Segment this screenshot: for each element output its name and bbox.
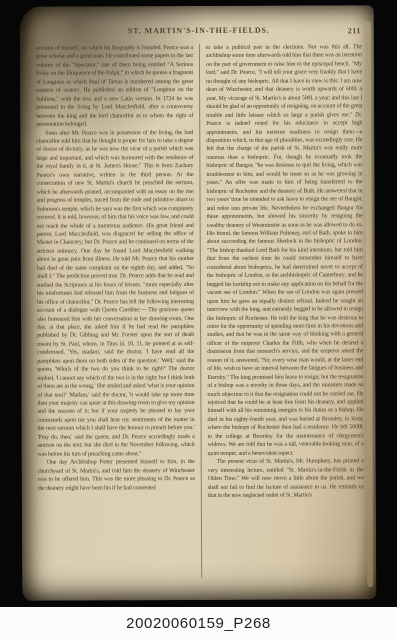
page-content: ST. MARTIN'S-IN-THE-FIELDS. 211 account … <box>36 21 364 574</box>
scan-label: 20020060159_P268 <box>126 615 271 632</box>
running-title: ST. MARTIN'S-IN-THE-FIELDS. <box>128 26 270 36</box>
running-head: ST. MARTIN'S-IN-THE-FIELDS. 211 <box>36 25 362 39</box>
paragraph: One day Archbishop Potter presented hims… <box>38 458 195 492</box>
book-page: ST. MARTIN'S-IN-THE-FIELDS. 211 account … <box>20 5 377 601</box>
text-columns: account of himself, on which his biograp… <box>36 43 364 578</box>
paragraph: account of himself, on which his biograp… <box>36 44 193 129</box>
paragraph: The present vicar of St. Martin's, Mr. H… <box>208 457 364 500</box>
scan-label-strip: 20020060159_P268 <box>0 607 397 640</box>
book-photograph: ST. MARTIN'S-IN-THE-FIELDS. 211 account … <box>0 0 397 607</box>
right-column: to take a political part in the election… <box>199 43 364 578</box>
page-number: 211 <box>348 26 361 35</box>
left-column: account of himself, on which his biograp… <box>36 44 201 579</box>
paragraph: to take a political part in the election… <box>206 43 364 458</box>
paragraph: Soon after Mr. Pearce was in possession … <box>36 129 194 459</box>
